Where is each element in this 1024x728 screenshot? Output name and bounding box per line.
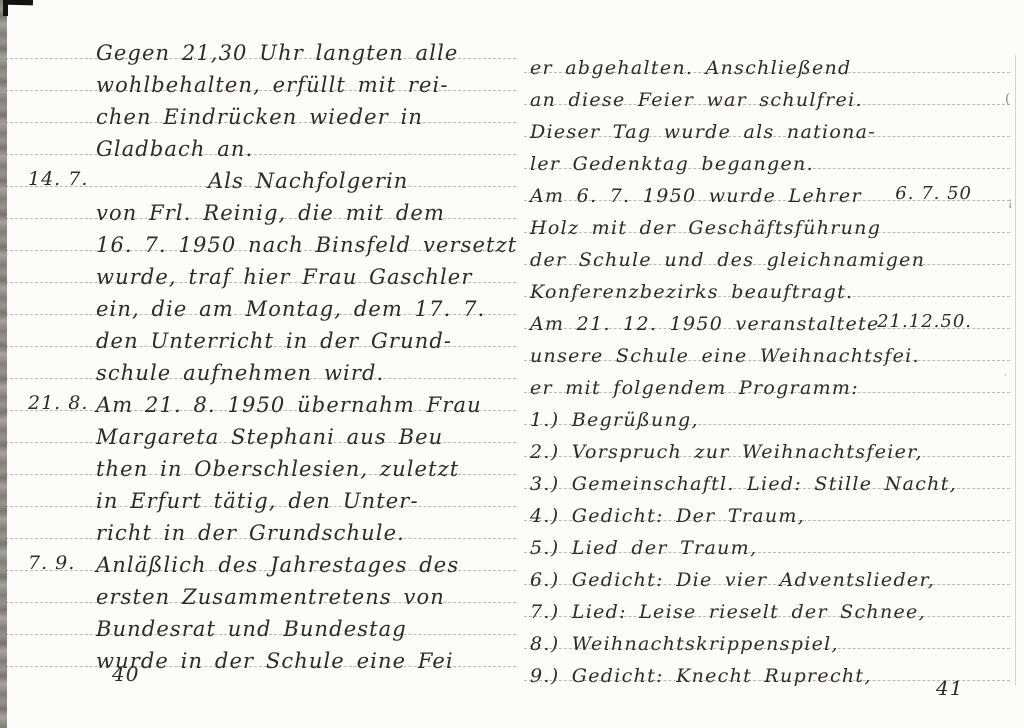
handwritten-line: then in Oberschlesien, zuletzt bbox=[0, 443, 516, 475]
handwritten-line: ler Gedenktag begangen. bbox=[524, 137, 1010, 169]
handwritten-line: 8.) Weihnachtskrippenspiel, bbox=[524, 617, 1010, 649]
handwritten-line: ein, die am Montag, dem 17. 7. bbox=[0, 283, 516, 315]
scan-corner-mark-vertical bbox=[3, 0, 8, 16]
handwritten-line: Am 6. 7. 1950 wurde Lehrer6. 7. 50 bbox=[524, 169, 1010, 201]
handwritten-line: wurde in der Schule eine Fei bbox=[0, 635, 516, 667]
handwritten-line: den Unterricht in der Grund- bbox=[0, 315, 516, 347]
scanned-notebook-spread: ( ¡ . Gegen 21,30 Uhr langten allewohlbe… bbox=[0, 0, 1024, 728]
handwritten-line: Holz mit der Geschäftsführung bbox=[524, 201, 1010, 233]
handwritten-line: er mit folgendem Programm: bbox=[524, 361, 1010, 393]
handwritten-line: unsere Schule eine Weihnachtsfei. bbox=[524, 329, 1010, 361]
page-number-right: 41 bbox=[936, 676, 963, 700]
handwritten-line: Gegen 21,30 Uhr langten alle bbox=[0, 27, 516, 59]
line-text: wurde in der Schule eine Fei bbox=[96, 649, 454, 673]
handwritten-line: schule aufnehmen wird. bbox=[0, 347, 516, 379]
handwritten-line: 16. 7. 1950 nach Binsfeld versetzt bbox=[0, 219, 516, 251]
handwritten-line: an diese Feier war schulfrei. bbox=[524, 73, 1010, 105]
handwritten-line: Bundesrat und Bundestag bbox=[0, 603, 516, 635]
handwritten-line: 3.) Gemeinschaftl. Lied: Stille Nacht, bbox=[524, 457, 1010, 489]
line-text: 9.) Gedicht: Knecht Ruprecht, bbox=[530, 665, 872, 687]
page-number-left: 40 bbox=[112, 662, 139, 686]
handwritten-line: 14. 7.Als Nachfolgerin bbox=[0, 155, 516, 187]
handwritten-line: ersten Zusammentretens von bbox=[0, 571, 516, 603]
handwritten-line: 4.) Gedicht: Der Traum, bbox=[524, 489, 1010, 521]
handwritten-line: richt in der Grundschule. bbox=[0, 507, 516, 539]
handwritten-line: 6.) Gedicht: Die vier Adventslieder, bbox=[524, 553, 1010, 585]
scan-edge-artifact-right bbox=[1015, 55, 1016, 685]
handwritten-line: von Frl. Reinig, die mit dem bbox=[0, 187, 516, 219]
handwritten-line: 21. 8.Am 21. 8. 1950 übernahm Frau bbox=[0, 379, 516, 411]
handwritten-line: der Schule und des gleichnamigen bbox=[524, 233, 1010, 265]
handwritten-line: chen Eindrücken wieder in bbox=[0, 91, 516, 123]
handwritten-line: er abgehalten. Anschließend bbox=[524, 41, 1010, 73]
handwritten-line: Gladbach an. bbox=[0, 123, 516, 155]
handwritten-line: 5.) Lied der Traum, bbox=[524, 521, 1010, 553]
handwritten-line: Am 21. 12. 1950 veranstaltete21.12.50. bbox=[524, 297, 1010, 329]
handwritten-line: Margareta Stephani aus Beu bbox=[0, 411, 516, 443]
page-left: Gegen 21,30 Uhr langten allewohlbehalten… bbox=[0, 27, 516, 667]
handwritten-line: in Erfurt tätig, den Unter- bbox=[0, 475, 516, 507]
page-right: er abgehalten. Anschließendan diese Feie… bbox=[524, 41, 1010, 681]
handwritten-line: Dieser Tag wurde als nationa- bbox=[524, 105, 1010, 137]
handwritten-line: 2.) Vorspruch zur Weihnachtsfeier, bbox=[524, 425, 1010, 457]
handwritten-line: 7. 9.Anläßlich des Jahrestages des bbox=[0, 539, 516, 571]
handwritten-line: 7.) Lied: Leise rieselt der Schnee, bbox=[524, 585, 1010, 617]
handwritten-line: wurde, traf hier Frau Gaschler bbox=[0, 251, 516, 283]
handwritten-line: wohlbehalten, erfüllt mit rei- bbox=[0, 59, 516, 91]
handwritten-line: Konferenzbezirks beauftragt. bbox=[524, 265, 1010, 297]
handwritten-line: 1.) Begrüßung, bbox=[524, 393, 1010, 425]
